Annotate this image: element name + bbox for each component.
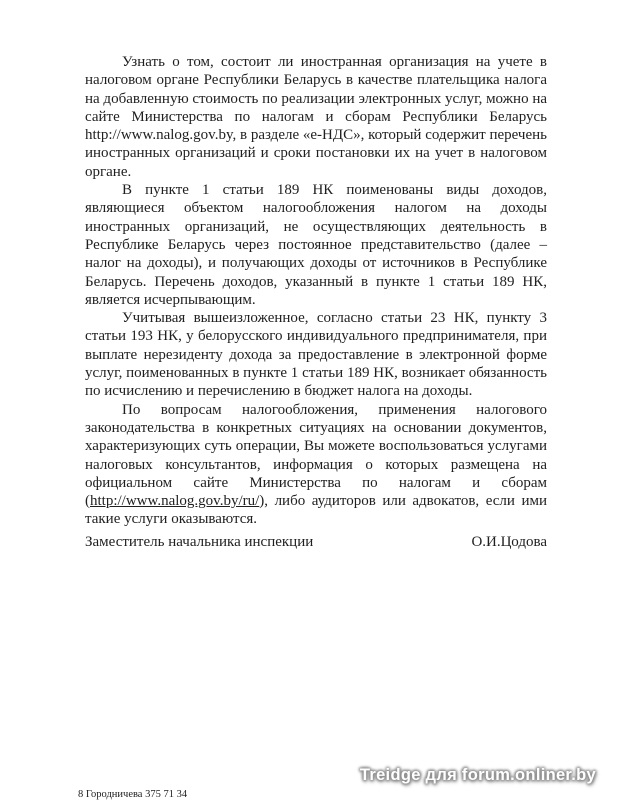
signature-position-title: Заместитель начальника инспекции <box>85 533 313 551</box>
paragraph-consultants-info: По вопросам налогообложения, применения … <box>85 401 547 529</box>
nalog-gov-by-link[interactable]: http://www.nalog.gov.by/ru/ <box>90 493 259 509</box>
paragraph-tax-obligation: Учитывая вышеизложенное, согласно статьи… <box>85 309 547 400</box>
paragraph-article-189-income-types: В пункте 1 статьи 189 НК поименованы вид… <box>85 181 547 309</box>
document-page: Узнать о том, состоит ли иностранная орг… <box>0 0 618 800</box>
signature-row: Заместитель начальника инспекции О.И.Цод… <box>85 533 547 551</box>
executor-contact-note: 8 Городничева 375 71 34 <box>78 788 187 800</box>
letter-body: Узнать о том, состоит ли иностранная орг… <box>85 53 547 529</box>
signature-name: О.И.Цодова <box>471 533 547 551</box>
paragraph-vat-registration-info: Узнать о том, состоит ли иностранная орг… <box>85 53 547 181</box>
forum-watermark: Treidge для forum.onliner.by <box>360 766 596 785</box>
